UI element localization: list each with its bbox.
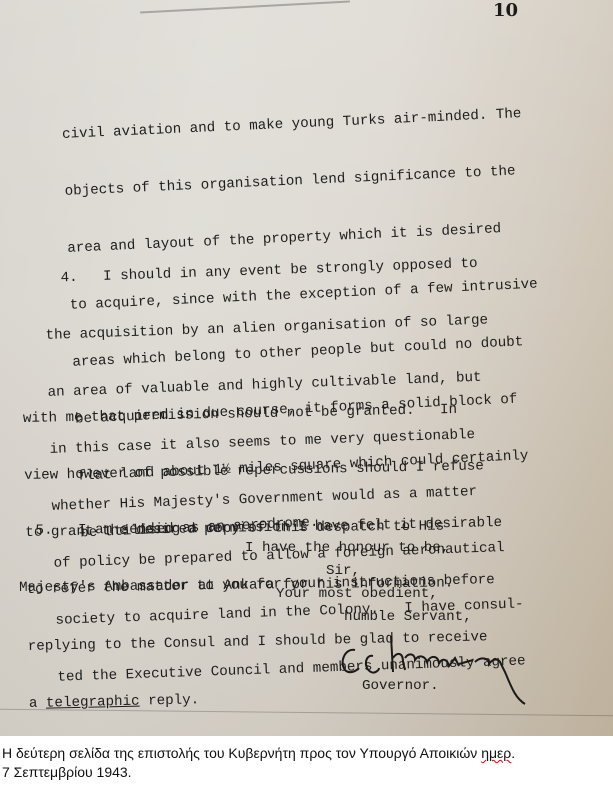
caption-text: . [511,745,515,761]
caption-text: Η δεύτερη σελίδα της επιστολής του Κυβερ… [2,745,481,761]
closing-line-1: I have the honour to be, [245,540,449,556]
signatory-title: Governor. [362,678,439,694]
letter-photo: 10 civil aviation and to make young Turk… [0,0,613,736]
text-line: 5. I am sending a copy of this despatch … [18,517,452,541]
caption-line-2: 7 Σεπτεμβρίου 1943. [2,763,612,782]
handwritten-signature [335,628,555,708]
text-fragment: reply. [139,692,199,709]
image-caption: Η δεύτερη σελίδα της επιστολής του Κυβερ… [2,744,612,782]
text-line: 4. I should in any event be strongly opp… [43,254,512,289]
text-fragment: a [29,696,46,712]
text-line: objects of this organisation lend signif… [64,162,533,202]
caption-line-1: Η δεύτερη σελίδα της επιστολής του Κυβερ… [2,744,612,763]
paper-fold-line [140,1,350,14]
page-number: 10 [493,0,518,21]
closing-line-3: Your most obedient, [276,586,438,602]
text-line: the acquisition by an alien organisation… [45,311,514,346]
spellcheck-flagged-word: ημερ [481,745,511,761]
closing-line-2: Sir, [326,563,360,579]
closing-line-4: humble Servant, [344,609,472,625]
underlined-word: telegraphic [46,694,140,712]
text-line: with me that permission should not be gr… [23,400,500,429]
text-line: civil aviation and to make young Turks a… [62,105,531,145]
